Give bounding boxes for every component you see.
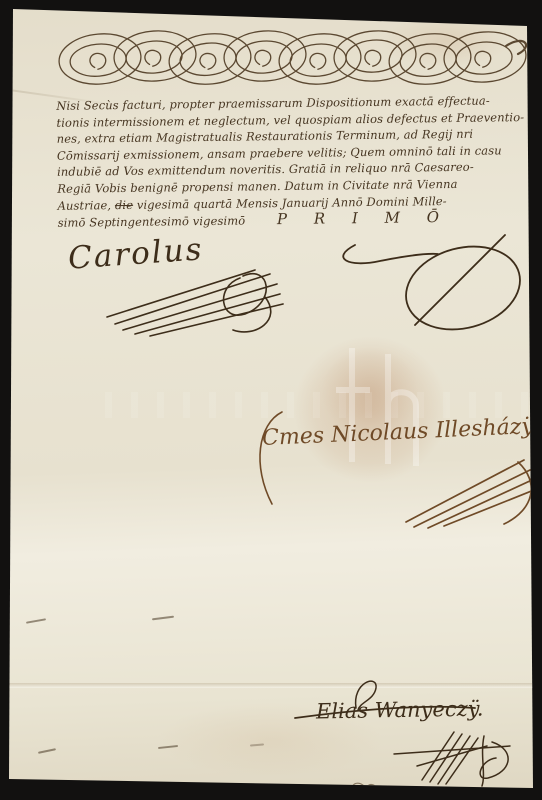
- struck-word: die: [115, 197, 133, 211]
- primo-oval-flourish: [300, 228, 540, 343]
- ink-tick-mark: [250, 743, 264, 746]
- ink-tick-mark: [158, 745, 178, 749]
- carolus-paraph-flourish: [105, 262, 290, 340]
- ink-tick-mark: [152, 616, 174, 621]
- paper-sheet: Nisi Secùs facturi, propter praemissarum…: [0, 0, 542, 800]
- calligraphic-loop-chain-ornament: [58, 26, 528, 92]
- count-initial-swash: [250, 406, 290, 511]
- horizontal-fold-crease: [9, 683, 533, 688]
- primo-word: P R I M Ō: [277, 209, 450, 228]
- line8-text: simō Septingentesimō vigesimō: [58, 214, 246, 230]
- ink-tick-mark: [26, 618, 46, 623]
- count-paraph-flourish: [398, 442, 538, 530]
- photo-watermark-band: [105, 392, 535, 418]
- line7-pre: Austriae,: [57, 198, 111, 213]
- photographed-manuscript: Nisi Secùs facturi, propter praemissarum…: [0, 0, 542, 800]
- cut-off-writing-marks: [186, 780, 396, 798]
- signature-secretary-wanyeczy: Elias Wanyeczÿ.: [316, 697, 484, 724]
- secretary-paraph-flourish: [392, 726, 517, 788]
- body-text-block: Nisi Secùs facturi, propter praemissarum…: [56, 92, 518, 231]
- ink-tick-mark: [38, 748, 56, 754]
